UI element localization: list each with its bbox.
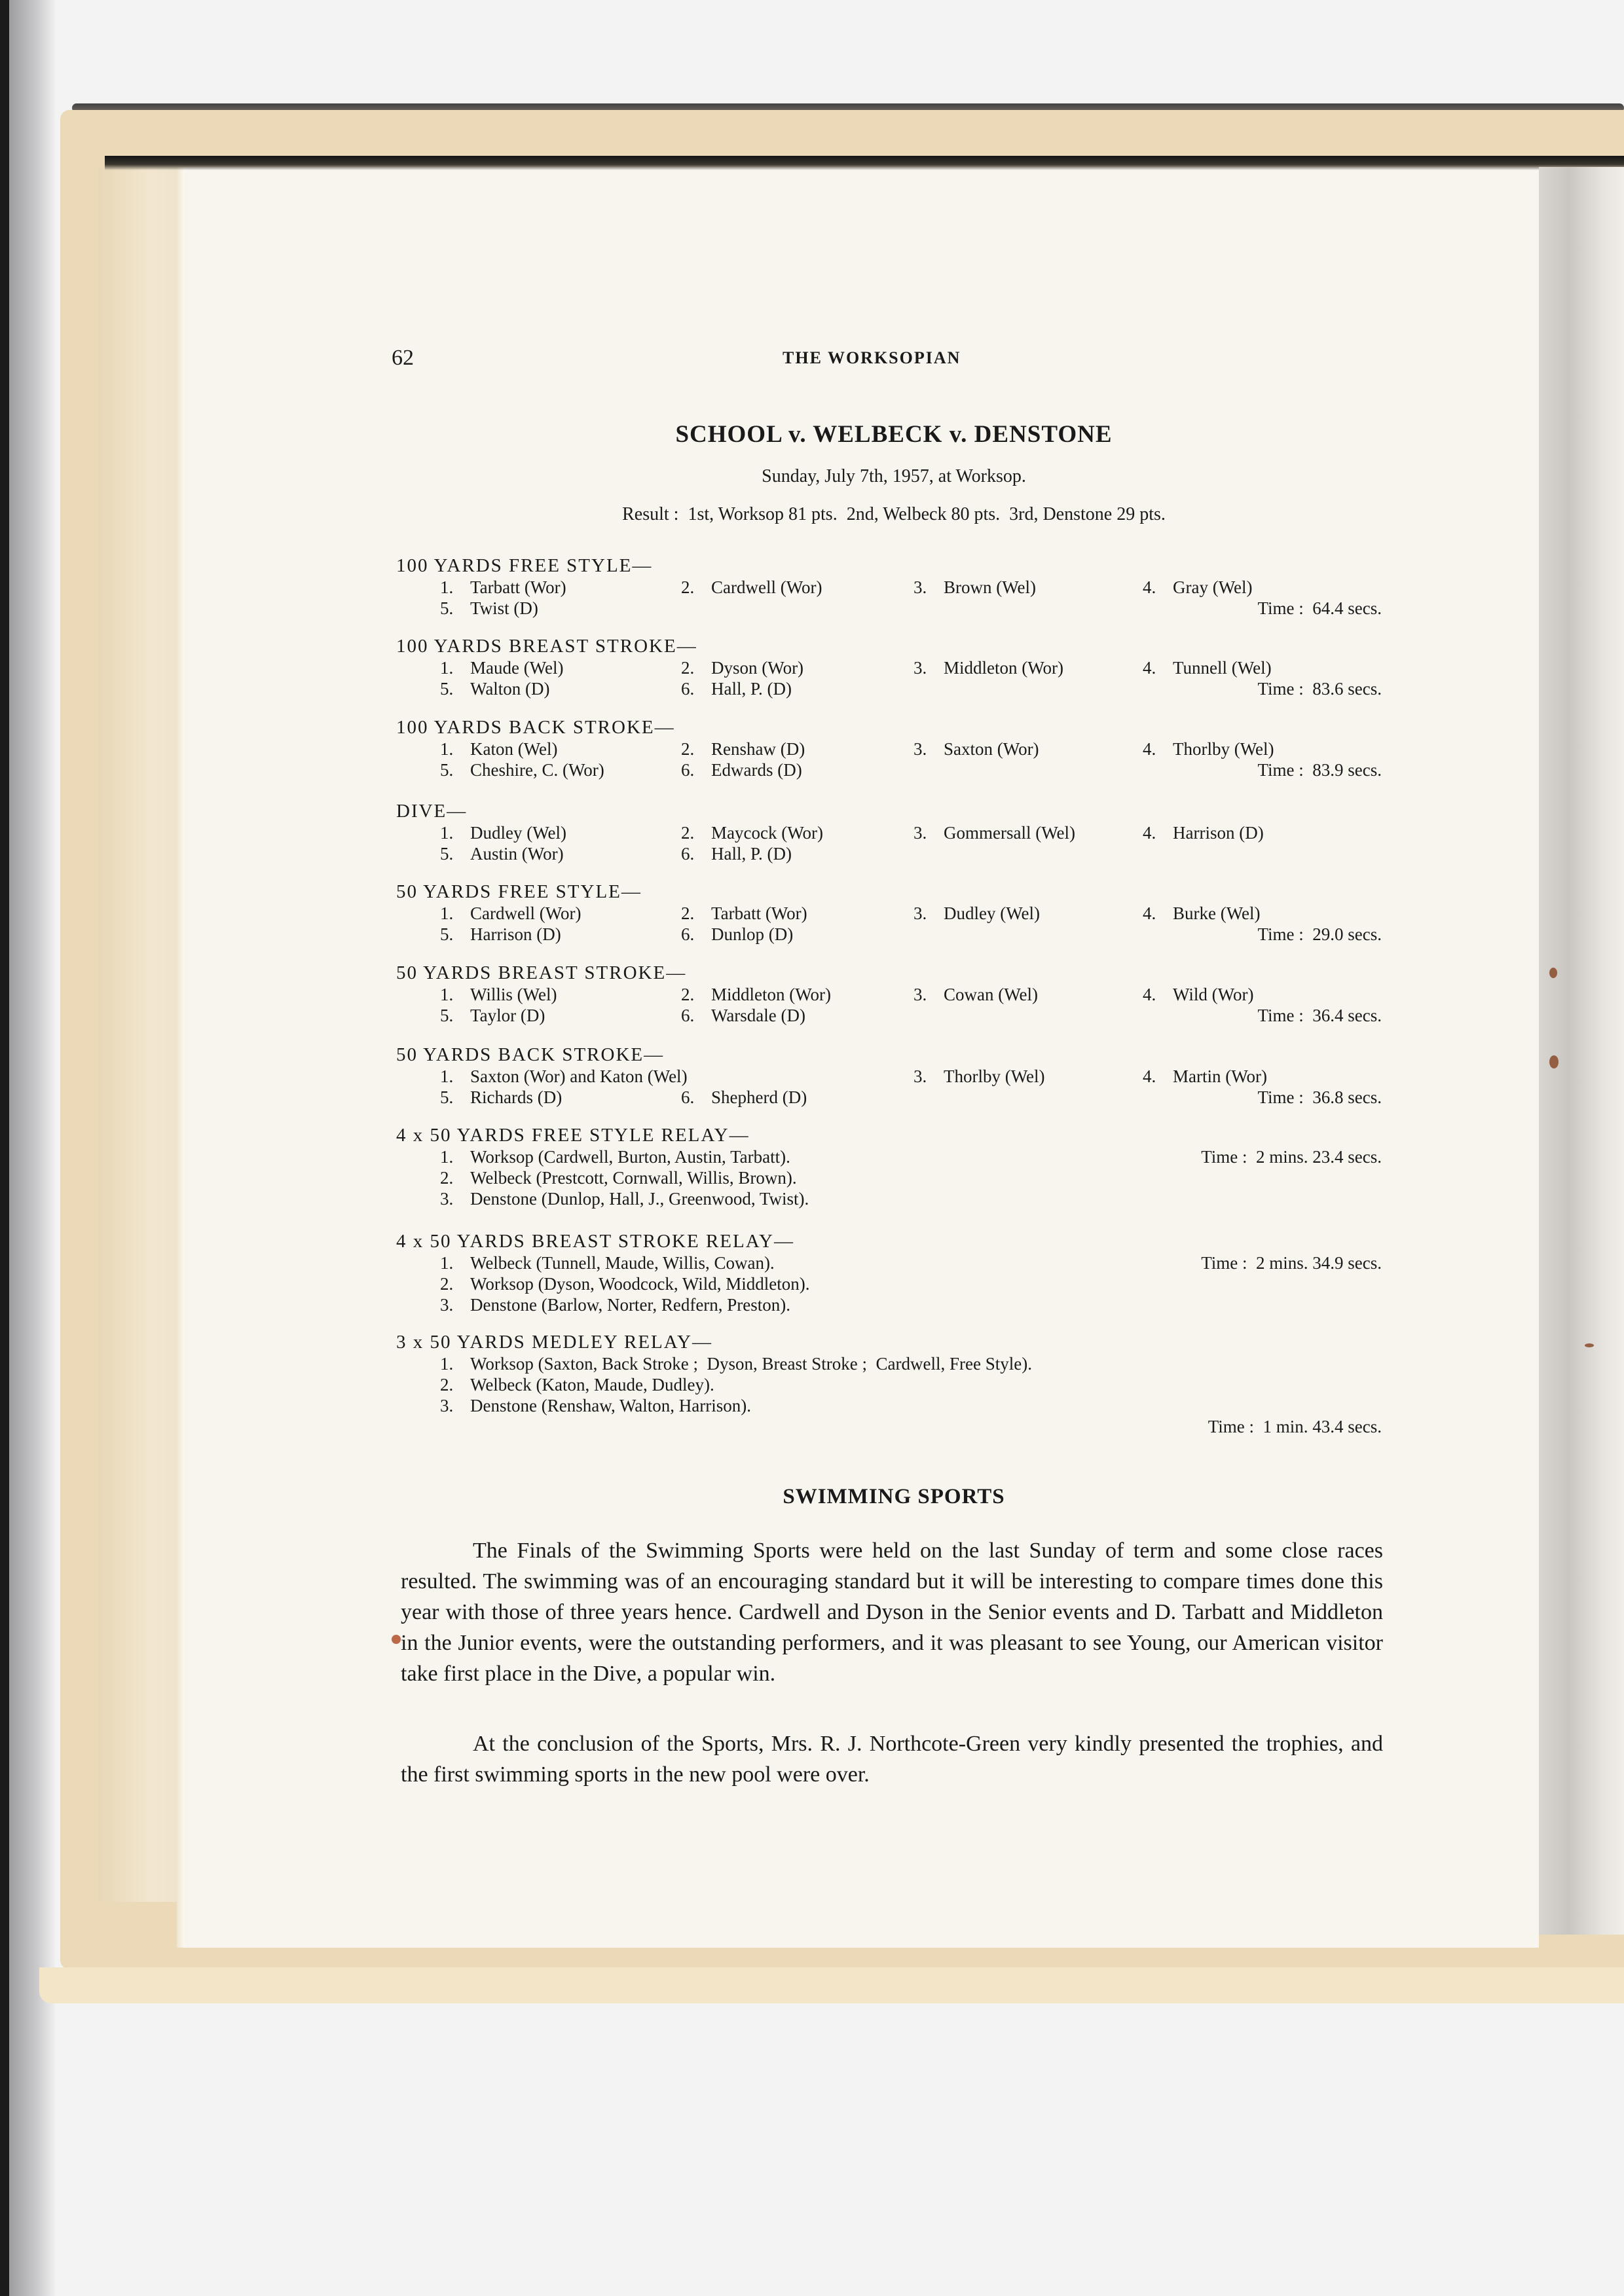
place-number: 4. (1143, 985, 1173, 1005)
relay-team: Denstone (Barlow, Norter, Redfern, Prest… (470, 1295, 790, 1315)
placing (681, 598, 711, 619)
scanner-edge (0, 0, 9, 2296)
swimmer-name: Hall, P. (D) (711, 844, 792, 864)
foxing-spot (1549, 968, 1557, 978)
placing: 4.Harrison (D) (1143, 823, 1264, 843)
event-time: Time : 64.4 secs. (1113, 598, 1382, 619)
swimmer-name: Burke (Wel) (1173, 903, 1261, 923)
placing: 4.Tunnell (Wel) (1143, 658, 1272, 678)
swimmer-name: Middleton (Wor) (711, 985, 831, 1004)
place-number: 3. (913, 985, 944, 1005)
event-heading: 50 YARDS FREE STYLE— (396, 881, 642, 903)
relay-placing: 1.Welbeck (Tunnell, Maude, Willis, Cowan… (440, 1253, 775, 1273)
swimmer-name: Willis (Wel) (470, 985, 557, 1004)
relay-time: Time : 2 mins. 34.9 secs. (1048, 1253, 1382, 1273)
swimmer-name: Richards (D) (470, 1087, 562, 1107)
place-number: 3. (913, 658, 944, 678)
placing: 4.Gray (Wel) (1143, 577, 1253, 598)
swimmer-name: Gommersall (Wel) (944, 823, 1075, 843)
place-number: 6. (681, 1006, 711, 1026)
swimmer-name: Renshaw (D) (711, 739, 805, 759)
page-number: 62 (392, 346, 414, 371)
place-number: 6. (681, 679, 711, 699)
event-time: Time : 83.9 secs. (1113, 760, 1382, 780)
place-number: 3. (913, 823, 944, 843)
swimmer-name: Edwards (D) (711, 760, 802, 780)
place-number: 2. (440, 1168, 470, 1188)
placing (681, 1066, 711, 1087)
place-number: 1. (440, 1354, 470, 1374)
page-top-shadow (105, 156, 1624, 170)
placing: 2.Tarbatt (Wor) (681, 903, 807, 924)
place-number: 2. (440, 1274, 470, 1294)
place-number: 2. (681, 985, 711, 1005)
swimmer-name: Maude (Wel) (470, 658, 564, 678)
paragraph: The Finals of the Swimming Sports were h… (401, 1535, 1383, 1689)
place-number: 2. (681, 577, 711, 598)
swimmer-name: Harrison (D) (1173, 823, 1264, 843)
placing: 4.Burke (Wel) (1143, 903, 1261, 924)
swimmer-name: Thorlby (Wel) (1173, 739, 1274, 759)
place-number: 1. (440, 1147, 470, 1167)
event-time: Time : 29.0 secs. (1113, 924, 1382, 945)
relay-placing: 2.Welbeck (Katon, Maude, Dudley). (440, 1375, 714, 1395)
place-number: 5. (440, 924, 470, 945)
place-number: 5. (440, 1006, 470, 1026)
placing: 6.Hall, P. (D) (681, 679, 792, 699)
relay-heading: 4 x 50 YARDS BREAST STROKE RELAY— (396, 1231, 794, 1252)
placing: 5.Austin (Wor) (440, 844, 564, 864)
placing: 5.Twist (D) (440, 598, 538, 619)
relay-heading: 4 x 50 YARDS FREE STYLE RELAY— (396, 1125, 750, 1146)
place-number: 1. (440, 903, 470, 924)
place-number: 6. (681, 844, 711, 864)
paragraph: At the conclusion of the Sports, Mrs. R.… (401, 1728, 1383, 1790)
event-heading: 50 YARDS BREAST STROKE— (396, 962, 686, 984)
place-number: 1. (440, 739, 470, 759)
swimmer-name: Tarbatt (Wor) (470, 577, 566, 597)
place-number: 1. (440, 1066, 470, 1087)
event-time: Time : 83.6 secs. (1113, 679, 1382, 699)
scanner-shadow (9, 0, 55, 2296)
placing: 5.Walton (D) (440, 679, 550, 699)
placing: 1.Katon (Wel) (440, 739, 558, 759)
place-number: 4. (1143, 1066, 1173, 1087)
place-number: 2. (681, 823, 711, 843)
match-date: Sunday, July 7th, 1957, at Worksop. (0, 466, 1624, 487)
swimmer-name: Walton (D) (470, 679, 550, 699)
relay-team: Worksop (Cardwell, Burton, Austin, Tarba… (470, 1147, 790, 1167)
place-number: 4. (1143, 823, 1173, 843)
placing: 1.Cardwell (Wor) (440, 903, 581, 924)
swimmer-name: Hall, P. (D) (711, 679, 792, 699)
relay-team: Welbeck (Katon, Maude, Dudley). (470, 1375, 714, 1394)
placing: 5.Richards (D) (440, 1087, 562, 1108)
relay-team: Denstone (Renshaw, Walton, Harrison). (470, 1396, 751, 1415)
place-number: 3. (913, 1066, 944, 1087)
swimmer-name: Dudley (Wel) (944, 903, 1040, 923)
placing: 2.Dyson (Wor) (681, 658, 803, 678)
placing: 3.Saxton (Wor) (913, 739, 1039, 759)
placing: 4.Wild (Wor) (1143, 985, 1253, 1005)
relay-team: Worksop (Dyson, Woodcock, Wild, Middleto… (470, 1274, 810, 1294)
place-number: 2. (681, 903, 711, 924)
placing: 4.Martin (Wor) (1143, 1066, 1267, 1087)
relay-time: Time : 1 min. 43.4 secs. (1048, 1417, 1382, 1437)
placing: 6.Shepherd (D) (681, 1087, 807, 1108)
place-number: 2. (440, 1375, 470, 1395)
placing: 6.Warsdale (D) (681, 1006, 805, 1026)
swimmer-name: Taylor (D) (470, 1006, 545, 1025)
placing: 3.Middleton (Wor) (913, 658, 1063, 678)
place-number: 6. (681, 924, 711, 945)
place-number: 3. (913, 903, 944, 924)
swimmer-name: Dunlop (D) (711, 924, 793, 944)
match-title: SCHOOL v. WELBECK v. DENSTONE (0, 420, 1624, 448)
swimmer-name: Twist (D) (470, 598, 538, 618)
place-number: 1. (440, 658, 470, 678)
placing: 1.Dudley (Wel) (440, 823, 566, 843)
swimmer-name: Tunnell (Wel) (1173, 658, 1272, 678)
swimmer-name: Brown (Wel) (944, 577, 1036, 597)
swimmer-name: Warsdale (D) (711, 1006, 805, 1025)
event-time: Time : 36.4 secs. (1113, 1006, 1382, 1026)
place-number: 1. (440, 1253, 470, 1273)
place-number: 5. (440, 679, 470, 699)
event-time: Time : 36.8 secs. (1113, 1087, 1382, 1108)
placing: 3.Gommersall (Wel) (913, 823, 1075, 843)
place-number: 5. (440, 598, 470, 619)
placing: 3.Cowan (Wel) (913, 985, 1038, 1005)
place-number: 3. (440, 1396, 470, 1416)
book-cover-bottom (39, 1967, 1624, 2003)
place-number: 3. (440, 1295, 470, 1315)
event-heading: 100 YARDS BREAST STROKE— (396, 636, 697, 657)
place-number: 4. (1143, 903, 1173, 924)
swimmer-name: Dudley (Wel) (470, 823, 566, 843)
relay-placing: 3.Denstone (Renshaw, Walton, Harrison). (440, 1396, 751, 1416)
place-number: 6. (681, 1087, 711, 1108)
placing: 3.Brown (Wel) (913, 577, 1036, 598)
match-result: Result : 1st, Worksop 81 pts. 2nd, Welbe… (0, 504, 1624, 525)
placing: 1.Willis (Wel) (440, 985, 557, 1005)
swimmer-name: Shepherd (D) (711, 1087, 807, 1107)
place-number: 4. (1143, 658, 1173, 678)
place-number: 1. (440, 985, 470, 1005)
swimmer-name: Gray (Wel) (1173, 577, 1253, 597)
event-heading: 100 YARDS FREE STYLE— (396, 555, 652, 577)
swimmer-name: Wild (Wor) (1173, 985, 1253, 1004)
place-number: 3. (440, 1189, 470, 1209)
event-heading: DIVE— (396, 801, 467, 822)
swimmer-name: Martin (Wor) (1173, 1066, 1267, 1086)
swimmer-name: Katon (Wel) (470, 739, 558, 759)
ink-mark (392, 1635, 401, 1644)
placing: 6.Dunlop (D) (681, 924, 793, 945)
swimmer-name: Saxton (Wor) (944, 739, 1039, 759)
relay-placing: 1.Worksop (Saxton, Back Stroke ; Dyson, … (440, 1354, 1032, 1374)
placing: 4.Thorlby (Wel) (1143, 739, 1274, 759)
swimmer-name: Dyson (Wor) (711, 658, 803, 678)
relay-placing: 3.Denstone (Barlow, Norter, Redfern, Pre… (440, 1295, 790, 1315)
relay-team: Worksop (Saxton, Back Stroke ; Dyson, Br… (470, 1354, 1032, 1374)
placing: 3.Thorlby (Wel) (913, 1066, 1045, 1087)
relay-team: Denstone (Dunlop, Hall, J., Greenwood, T… (470, 1189, 809, 1209)
place-number: 5. (440, 844, 470, 864)
relay-team: Welbeck (Tunnell, Maude, Willis, Cowan). (470, 1253, 775, 1273)
relay-placing: 1.Worksop (Cardwell, Burton, Austin, Tar… (440, 1147, 790, 1167)
relay-placing: 2.Worksop (Dyson, Woodcock, Wild, Middle… (440, 1274, 810, 1294)
relay-placing: 2.Welbeck (Prestcott, Cornwall, Willis, … (440, 1168, 797, 1188)
place-number: 4. (1143, 739, 1173, 759)
swimmer-name: Austin (Wor) (470, 844, 564, 864)
swimmer-name: Cowan (Wel) (944, 985, 1038, 1004)
placing: 6.Edwards (D) (681, 760, 802, 780)
foxing-spot (1585, 1343, 1594, 1347)
section-heading: SWIMMING SPORTS (0, 1485, 1624, 1509)
swimmer-name: Saxton (Wor) and Katon (Wel) (470, 1066, 688, 1086)
place-number: 1. (440, 577, 470, 598)
foxing-spot (1549, 1055, 1559, 1068)
swimmer-name: Middleton (Wor) (944, 658, 1063, 678)
event-heading: 50 YARDS BACK STROKE— (396, 1044, 664, 1066)
swimmer-name: Cardwell (Wor) (711, 577, 822, 597)
placing: 3.Dudley (Wel) (913, 903, 1040, 924)
place-number: 4. (1143, 577, 1173, 598)
place-number: 2. (681, 658, 711, 678)
relay-placing: 3.Denstone (Dunlop, Hall, J., Greenwood,… (440, 1189, 809, 1209)
placing: 5.Cheshire, C. (Wor) (440, 760, 604, 780)
placing: 5.Taylor (D) (440, 1006, 545, 1026)
placing: 2.Cardwell (Wor) (681, 577, 822, 598)
swimmer-name: Maycock (Wor) (711, 823, 823, 843)
placing: 2.Middleton (Wor) (681, 985, 831, 1005)
placing: 1.Tarbatt (Wor) (440, 577, 566, 598)
place-number: 5. (440, 760, 470, 780)
place-number: 1. (440, 823, 470, 843)
placing: 1.Maude (Wel) (440, 658, 564, 678)
placing: 2.Renshaw (D) (681, 739, 805, 759)
place-number: 5. (440, 1087, 470, 1108)
placing: 6.Hall, P. (D) (681, 844, 792, 864)
running-title: THE WORKSOPIAN (783, 348, 961, 368)
swimmer-name: Harrison (D) (470, 924, 561, 944)
place-number: 6. (681, 760, 711, 780)
relay-heading: 3 x 50 YARDS MEDLEY RELAY— (396, 1332, 712, 1353)
place-number: 2. (681, 739, 711, 759)
placing: 2.Maycock (Wor) (681, 823, 823, 843)
swimmer-name: Tarbatt (Wor) (711, 903, 807, 923)
swimmer-name: Cheshire, C. (Wor) (470, 760, 604, 780)
event-heading: 100 YARDS BACK STROKE— (396, 717, 675, 738)
placing: 1.Saxton (Wor) and Katon (Wel) (440, 1066, 688, 1087)
swimmer-name: Cardwell (Wor) (470, 903, 581, 923)
place-number: 3. (913, 739, 944, 759)
relay-time: Time : 2 mins. 23.4 secs. (1048, 1147, 1382, 1167)
place-number: 3. (913, 577, 944, 598)
swimmer-name: Thorlby (Wel) (944, 1066, 1045, 1086)
relay-team: Welbeck (Prestcott, Cornwall, Willis, Br… (470, 1168, 797, 1188)
placing: 5.Harrison (D) (440, 924, 561, 945)
